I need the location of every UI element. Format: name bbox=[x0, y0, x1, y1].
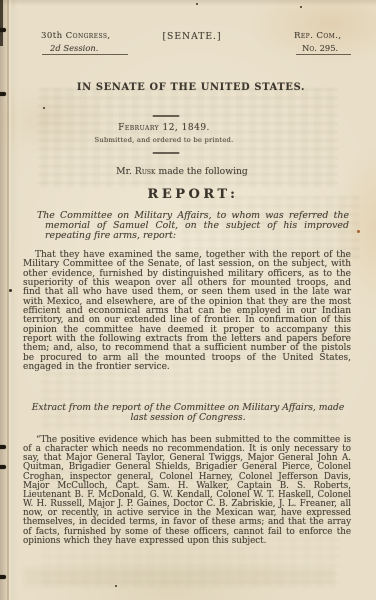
congress-number: 30th bbox=[41, 31, 63, 41]
ink-speck bbox=[115, 585, 117, 587]
header-rule-right bbox=[296, 54, 351, 55]
extract-heading: Extract from the report of the Committee… bbox=[26, 403, 350, 423]
submitted-line: Submitted, and ordered to be printed. bbox=[95, 136, 234, 144]
date-line: February 12, 1849. bbox=[118, 123, 210, 133]
divider-rule bbox=[153, 115, 180, 117]
binding-stitch-mark bbox=[0, 465, 6, 469]
presenter-prefix: Mr. bbox=[116, 166, 132, 177]
presenter-suffix: made the following bbox=[158, 166, 247, 177]
paper-stain bbox=[24, 568, 334, 586]
binding-stitch-mark bbox=[0, 92, 6, 96]
document-title: IN SENATE OF THE UNITED STATES. bbox=[77, 82, 305, 93]
binding-crease bbox=[7, 0, 9, 600]
page-edge-shadow bbox=[0, 0, 3, 46]
divider-rule bbox=[153, 152, 180, 154]
extract-quote-paragraph: “The positive evidence which has been su… bbox=[23, 436, 351, 546]
congress-session-line: 30th Congress, bbox=[41, 31, 111, 41]
congress-word: Congress, bbox=[66, 31, 111, 41]
scanned-report-page: 30th Congress, 2d Session. [SENATE.] Rep… bbox=[0, 0, 376, 600]
committee-referral-paragraph: The Committee on Military Affairs, to wh… bbox=[37, 211, 349, 241]
ink-speck bbox=[43, 107, 45, 109]
report-body-paragraph: That they have examined the same, togeth… bbox=[23, 251, 351, 372]
session-line: 2d Session. bbox=[50, 43, 98, 53]
binding-stitch-mark bbox=[0, 445, 6, 449]
report-heading: REPORT: bbox=[148, 187, 239, 202]
binding-stitch-mark bbox=[0, 28, 6, 32]
presenter-line: Mr.Ruskmade the following bbox=[116, 166, 248, 177]
binding-stitch-mark bbox=[0, 575, 6, 579]
ink-speck bbox=[196, 3, 198, 5]
ink-speck bbox=[300, 6, 302, 8]
committee-label: Rep. Com., bbox=[294, 31, 341, 41]
header-rule-left bbox=[42, 54, 128, 55]
foxing-spot bbox=[357, 230, 360, 233]
ink-speck bbox=[9, 289, 12, 292]
report-number: No. 295. bbox=[302, 43, 338, 53]
chamber-label: [SENATE.] bbox=[162, 31, 221, 42]
presenter-name: Rusk bbox=[135, 166, 156, 177]
